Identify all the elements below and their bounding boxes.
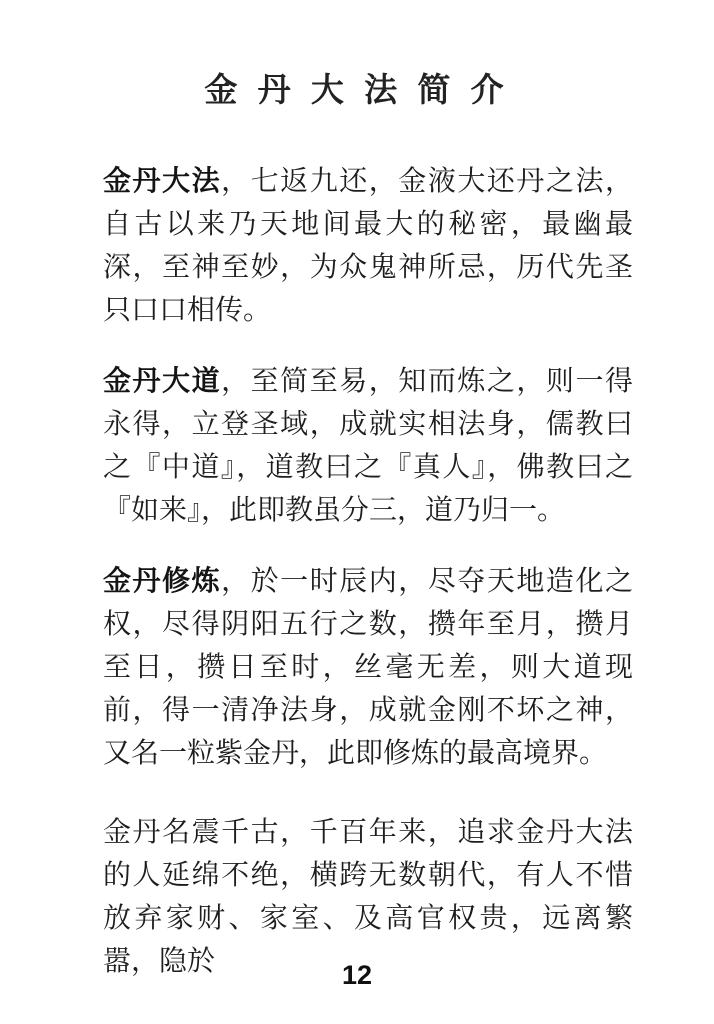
document-page: 金 丹 大 法 简 介 金丹大法，七返九还，金液大还丹之法，自古以来乃天地间最大… [0, 0, 714, 1024]
paragraph-lead: 金丹修炼 [103, 566, 221, 597]
paragraph-lead: 金丹大法 [103, 166, 221, 197]
page-title: 金 丹 大 法 简 介 [0, 64, 714, 111]
paragraph: 金丹大道，至简至易，知而炼之，则一得永得，立登圣域，成就实相法身，儒教曰之『中道… [103, 360, 633, 532]
page-number: 12 [0, 960, 714, 991]
page-body: 金丹大法，七返九还，金液大还丹之法，自古以来乃天地间最大的秘密，最幽最深，至神至… [103, 160, 633, 1011]
paragraph: 金丹修炼，於一时辰内，尽夺天地造化之权，尽得阴阳五行之数，攒年至月，攒月至日，攒… [103, 560, 633, 775]
paragraph-text: 金丹名震千古，千百年来，追求金丹大法的人延绵不绝，横跨无数朝代，有人不惜放弃家财… [103, 817, 633, 977]
paragraph-lead: 金丹大道 [103, 366, 221, 397]
paragraph: 金丹大法，七返九还，金液大还丹之法，自古以来乃天地间最大的秘密，最幽最深，至神至… [103, 160, 633, 332]
paragraph: 金丹名震千古，千百年来，追求金丹大法的人延绵不绝，横跨无数朝代，有人不惜放弃家财… [103, 811, 633, 983]
